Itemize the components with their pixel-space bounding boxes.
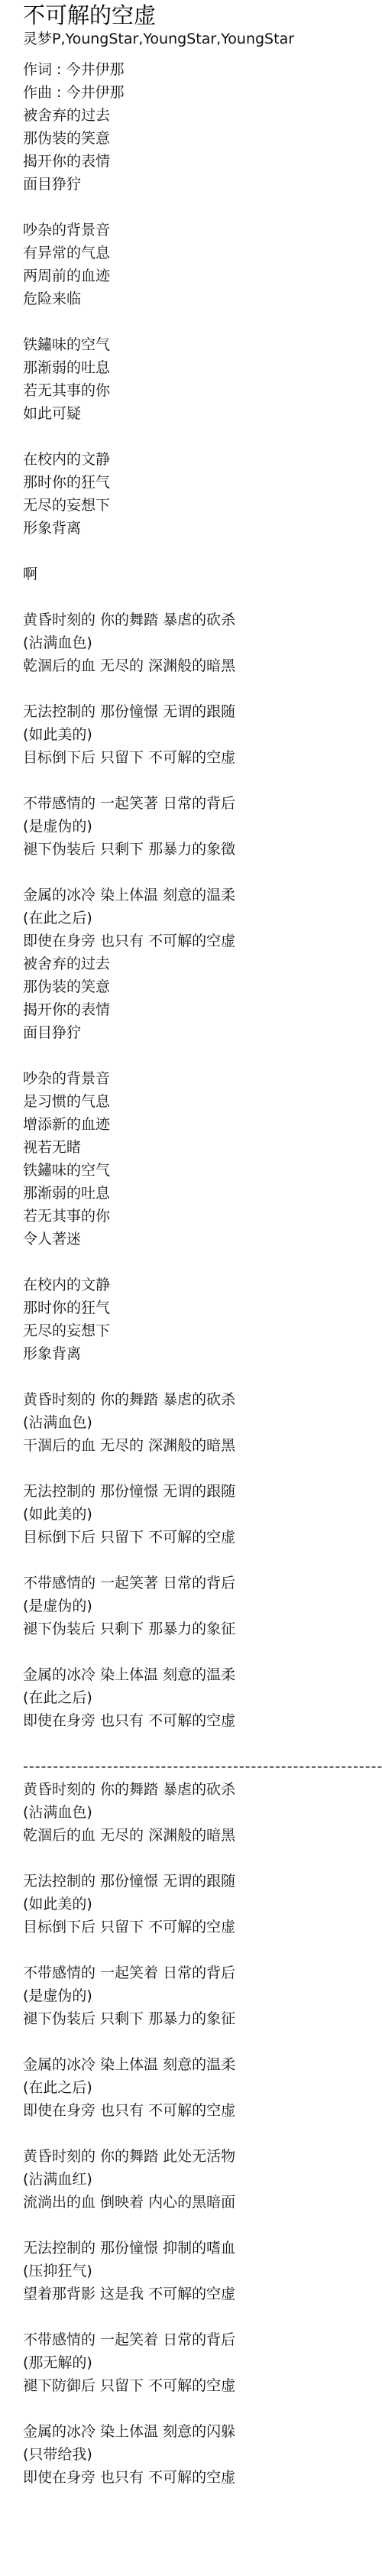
lyric-line: 吵杂的背景音 bbox=[23, 1067, 382, 1090]
lyric-line: (那无解的) bbox=[23, 2351, 382, 2374]
lyric-line: 褪下伪装后 只剩下 那暴力的象徵 bbox=[23, 838, 382, 861]
lyric-line: 无法控制的 那份憧憬 抑制的嗜血 bbox=[23, 2237, 382, 2260]
lyric-line: 褪下防御后 只留下 不可解的空虚 bbox=[23, 2374, 382, 2397]
blank-line bbox=[23, 1044, 382, 1067]
blank-line bbox=[23, 2122, 382, 2145]
lyric-line: 金属的冰冷 染上体温 刻意的温柔 bbox=[23, 1663, 382, 1686]
lyric-line: 令人著迷 bbox=[23, 1228, 382, 1251]
lyric-line: 揭开你的表情 bbox=[23, 150, 382, 173]
lyric-line: 不带感情的 一起笑著 日常的背后 bbox=[23, 792, 382, 815]
lyric-line: 吵杂的背景音 bbox=[23, 219, 382, 242]
lyric-line: 那伪装的笑意 bbox=[23, 127, 382, 150]
blank-line bbox=[23, 425, 382, 448]
lyric-line: (沾满血色) bbox=[23, 1801, 382, 1824]
lyric-line: 不带感情的 一起笑著 日常的背后 bbox=[23, 1572, 382, 1595]
lyric-line: 目标倒下后 只留下 不可解的空虚 bbox=[23, 746, 382, 769]
lyric-line: 乾涸后的血 无尽的 深渊般的暗黑 bbox=[23, 654, 382, 677]
lyric-line: 那时你的狂气 bbox=[23, 471, 382, 494]
lyric-line: 无法控制的 那份憧憬 无谓的跟随 bbox=[23, 1870, 382, 1893]
blank-line bbox=[23, 1251, 382, 1273]
lyric-line: (在此之后) bbox=[23, 1686, 382, 1709]
lyric-line: (压抑狂气) bbox=[23, 2260, 382, 2282]
lyric-line: 在校内的文静 bbox=[23, 448, 382, 471]
lyric-line: 无尽的妄想下 bbox=[23, 494, 382, 517]
lyric-line: 即使在身旁 也只有 不可解的空虚 bbox=[23, 930, 382, 952]
lyric-line: 望着那背影 这是我 不可解的空虚 bbox=[23, 2282, 382, 2305]
lyric-line: 那渐弱的吐息 bbox=[23, 1182, 382, 1205]
blank-line bbox=[23, 1640, 382, 1663]
lyric-line: 褪下伪装后 只剩下 那暴力的象征 bbox=[23, 2007, 382, 2030]
blank-line bbox=[23, 540, 382, 563]
lyric-line: 褪下伪装后 只剩下 那暴力的象征 bbox=[23, 1617, 382, 1640]
lyric-line: 若无其事的你 bbox=[23, 379, 382, 402]
lyric-line: 如此可疑 bbox=[23, 402, 382, 425]
lyric-line: (如此美的) bbox=[23, 1893, 382, 1916]
lyric-line: 金属的冰冷 染上体温 刻意的温柔 bbox=[23, 884, 382, 907]
blank-line bbox=[23, 2030, 382, 2053]
lyric-line: (沾满血红) bbox=[23, 2168, 382, 2191]
lyric-line: 流淌出的血 倒映着 内心的黑暗面 bbox=[23, 2191, 382, 2214]
lyric-line: (沾满血色) bbox=[23, 1411, 382, 1434]
lyric-line: 无尽的妄想下 bbox=[23, 1319, 382, 1342]
blank-line bbox=[23, 861, 382, 884]
lyric-line: 危险来临 bbox=[23, 287, 382, 310]
lyric-line: 黄昏时刻的 你的舞踏 此处无活物 bbox=[23, 2145, 382, 2168]
lyric-line: 被舍弃的过去 bbox=[23, 952, 382, 975]
blank-line bbox=[23, 1732, 382, 1755]
lyric-line: 目标倒下后 只留下 不可解的空虚 bbox=[23, 1526, 382, 1549]
blank-line bbox=[23, 677, 382, 700]
lyrics-page: 不可解的空虚 灵梦P,YoungStar,YoungStar,YoungStar… bbox=[0, 0, 382, 2489]
lyric-line: (如此美的) bbox=[23, 1503, 382, 1526]
lyric-line: 干涸后的血 无尽的 深渊般的暗黑 bbox=[23, 1434, 382, 1457]
blank-line bbox=[23, 310, 382, 333]
lyric-line: 黄昏时刻的 你的舞踏 暴虐的砍杀 bbox=[23, 1388, 382, 1411]
lyric-line: 那时你的狂气 bbox=[23, 1296, 382, 1319]
lyric-line: 铁鏽味的空气 bbox=[23, 1159, 382, 1182]
lyric-line: 被舍弃的过去 bbox=[23, 104, 382, 127]
lyric-line: 形象背离 bbox=[23, 1342, 382, 1365]
lyric-line: 有异常的气息 bbox=[23, 242, 382, 264]
lyric-line: 面目狰狞 bbox=[23, 173, 382, 196]
blank-line bbox=[23, 586, 382, 608]
song-title: 不可解的空虚 bbox=[23, 0, 382, 29]
blank-line bbox=[23, 196, 382, 219]
lyric-line: 即使在身旁 也只有 不可解的空虚 bbox=[23, 2466, 382, 2489]
lyric-line: 视若无睹 bbox=[23, 1136, 382, 1159]
song-artist: 灵梦P,YoungStar,YoungStar,YoungStar bbox=[23, 29, 382, 49]
lyric-line: (只带给我) bbox=[23, 2443, 382, 2466]
lyric-line: (是虚伪的) bbox=[23, 1984, 382, 2007]
lyric-line: 金属的冰冷 染上体温 刻意的闪躲 bbox=[23, 2420, 382, 2443]
lyric-line: 目标倒下后 只留下 不可解的空虚 bbox=[23, 1916, 382, 1938]
divider: ----------------------------------------… bbox=[23, 1755, 382, 1778]
lyric-line: (是虚伪的) bbox=[23, 815, 382, 838]
blank-line bbox=[23, 1549, 382, 1572]
lyric-line: 乾涸后的血 无尽的 深渊般的暗黑 bbox=[23, 1824, 382, 1847]
lyric-line: 铁鏽味的空气 bbox=[23, 333, 382, 356]
lyric-line: 两周前的血迹 bbox=[23, 264, 382, 287]
lyric-line: 黄昏时刻的 你的舞踏 暴虐的砍杀 bbox=[23, 608, 382, 631]
lyric-line: 不带感情的 一起笑着 日常的背后 bbox=[23, 2328, 382, 2351]
lyric-line: 面目狰狞 bbox=[23, 1021, 382, 1044]
blank-line bbox=[23, 1847, 382, 1870]
blank-line bbox=[23, 769, 382, 792]
lyrics-body: 作词 : 今井伊那作曲 : 今井伊那被舍弃的过去那伪装的笑意揭开你的表情面目狰狞… bbox=[23, 58, 382, 2489]
lyric-line: 增添新的血迹 bbox=[23, 1113, 382, 1136]
lyric-line: 无法控制的 那份憧憬 无谓的跟随 bbox=[23, 1480, 382, 1503]
lyric-line: (沾满血色) bbox=[23, 631, 382, 654]
blank-line bbox=[23, 1365, 382, 1388]
lyric-line: 形象背离 bbox=[23, 517, 382, 540]
lyric-line: 不带感情的 一起笑着 日常的背后 bbox=[23, 1961, 382, 1984]
blank-line bbox=[23, 2305, 382, 2328]
lyric-line: 若无其事的你 bbox=[23, 1205, 382, 1228]
blank-line bbox=[23, 2214, 382, 2237]
lyric-line: 金属的冰冷 染上体温 刻意的温柔 bbox=[23, 2053, 382, 2076]
lyric-line: (是虚伪的) bbox=[23, 1595, 382, 1617]
lyric-line: 在校内的文静 bbox=[23, 1273, 382, 1296]
lyric-line: 即使在身旁 也只有 不可解的空虚 bbox=[23, 1709, 382, 1732]
lyric-line: 那伪装的笑意 bbox=[23, 975, 382, 998]
blank-line bbox=[23, 2397, 382, 2420]
lyric-line: 作曲 : 今井伊那 bbox=[23, 81, 382, 104]
lyric-line: 是习惯的气息 bbox=[23, 1090, 382, 1113]
blank-line bbox=[23, 1457, 382, 1480]
lyric-line: 揭开你的表情 bbox=[23, 998, 382, 1021]
lyric-line: (在此之后) bbox=[23, 907, 382, 930]
lyric-line: (在此之后) bbox=[23, 2076, 382, 2099]
lyric-line: (如此美的) bbox=[23, 723, 382, 746]
lyric-line: 无法控制的 那份憧憬 无谓的跟随 bbox=[23, 700, 382, 723]
lyric-line: 作词 : 今井伊那 bbox=[23, 58, 382, 81]
blank-line bbox=[23, 1938, 382, 1961]
lyric-line: 啊 bbox=[23, 563, 382, 586]
lyric-line: 即使在身旁 也只有 不可解的空虚 bbox=[23, 2099, 382, 2122]
lyric-line: 黄昏时刻的 你的舞踏 暴虐的砍杀 bbox=[23, 1778, 382, 1801]
lyric-line: 那渐弱的吐息 bbox=[23, 356, 382, 379]
